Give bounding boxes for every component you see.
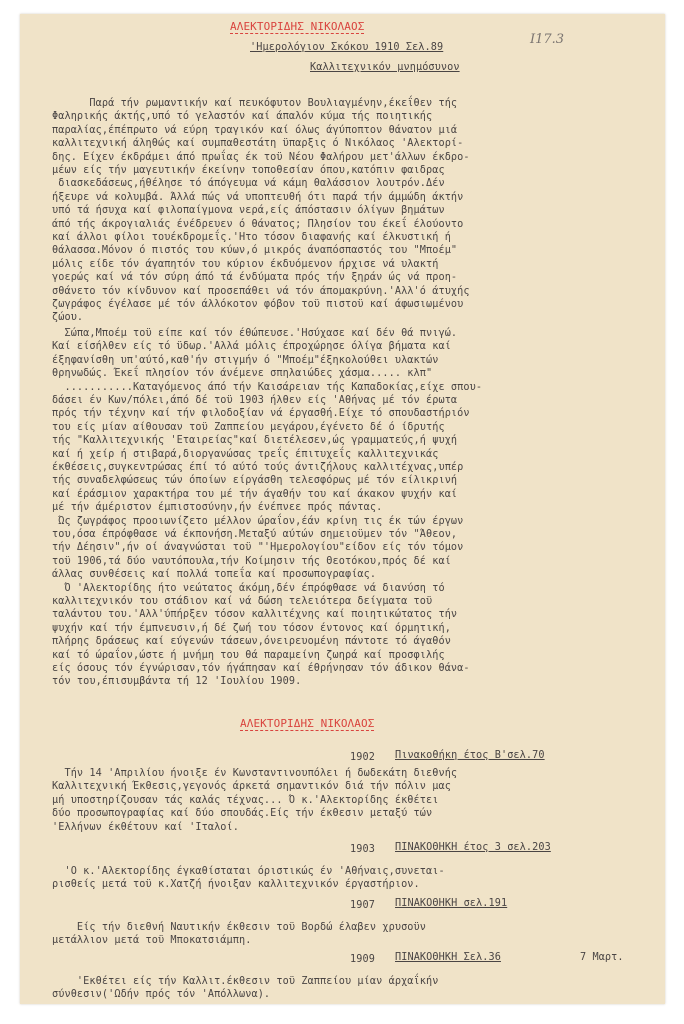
text-line: άπό τής άκρογιαλιάς ένέδρευεν ό θάνατος;… [52,219,463,230]
text-line: του είς μίαν αίθουσαν τοϋ Ζαππείου μεγάρ… [52,422,445,433]
entry-source: ΠΙΝΑΚΟΘΗΚΗ Σελ.36 [395,952,501,963]
text-line: Είς τήν διεθνή Ναυτικήν έκθεσιν τοϋ Βορδ… [52,922,426,933]
text-line: Καί είσήλθεν είς τό ϋδωρ.'Αλλά μόλις έπρ… [52,341,451,352]
title-heading: ΑΛΕΚΤΟΡΙΔΗΣ ΝΙΚΟΛΑΟΣ [230,20,364,34]
text-line: ψυχήν καί τήν έμπνευσιν,ή δέ ζωή του τόσ… [52,623,451,634]
text-line: 'Ο κ.'Αλεκτορίδης έγκαθίσταται όριστικώς… [52,866,445,877]
text-line: σθάνετο τόν κίνδυνον καί προσεπάθει νά τ… [52,286,470,297]
text-line: Φαληρικής άκτής,υπό τό γελαστόν καί άπαλ… [52,111,432,122]
text-line: τής συναδελφώσεως τών όποίων είργάσθη τε… [52,475,457,486]
text-line: τόν του,έπισυμβάντα τή 12 'Ιουλίου 1909. [52,676,301,687]
typewritten-page: Ι17.3 ΑΛΕΚΤΟΡΙΔΗΣ ΝΙΚΟΛΑΟΣ 'Ημερολόγιον … [20,14,665,1004]
entry-year: 1903 [350,844,375,855]
text-line: μέων είς τήν μαγευτικήν έκείνην τοποθεσί… [52,165,445,176]
text-line: Σώπα,Μποέμ τοϋ είπε καί τόν έθώπευσε.'Ησ… [52,328,457,339]
text-line: 'Ελλήνων έκθέτουν καί 'Ιταλοί. [52,822,239,833]
text-line: δάσει έν Κων/πόλει,άπό δέ τοϋ 1903 ήλθεν… [52,395,457,406]
text-line: τοϋ 1906,τά δύο ναυτόπουλα,τήν Κοίμησιν … [52,556,451,567]
text-line: δης. Είχεν έκδράμει άπό πρωΐας έκ τοϋ Νέ… [52,152,470,163]
text-line: ταλάντου του.'Αλλ'ύπήρξεν τόσον καλλιτέχ… [52,609,457,620]
entry-source: Πινακοθήκη έτος Β'σελ.70 [395,750,545,761]
text-line: έκθέσεις,συγκεντρώσας έπί τό αύτό τούς ά… [52,462,463,473]
source-citation: 'Ημερολόγιον Σκόκου 1910 Σελ.89 [250,42,443,53]
text-line: τήν Δέησιν",ήν οί άναγνώσται τοϋ "'Ημερο… [52,542,463,553]
text-line: καί τό ώραΐον,ώστε ή μνήμη του θά παραμε… [52,650,445,661]
text-line: καλλιτεχνικόν του στάδιον καί νά δώση τε… [52,596,432,607]
text-line: καί ή χείρ ή στιβαρά,διοργανώσας τρεΐς έ… [52,449,438,460]
handwritten-reference: Ι17.3 [530,32,564,47]
text-line: θάλασσα.Μόνον ό πιστός του κύων,ό μικρός… [52,245,457,256]
entry-date: 7 Μαρτ. [580,952,624,963]
text-line: Καλλιτεχνική Έκθεσις,γεγονός άρκετά σημα… [52,781,451,792]
text-line: δύο προσωπογραφίας καί δύο σπουδάς.Είς τ… [52,808,432,819]
text-line: ζωγράφος έγέλασε μέ τόν άλλόκοτον φόβον … [52,299,463,310]
text-line: 'Εκθέτει είς τήν Καλλιτ.έκθεσιν τοϋ Ζαππ… [52,976,438,987]
text-line: καλλιτεχνική άληθώς καί συμπαθεστάτη ϋπα… [52,138,463,149]
text-line: πλήρης δράσεως καί εύγενών τάσεων,όνειρε… [52,636,451,647]
text-line: θρηνωδώς. Έκεΐ πλησίον τόν άνέμενε σπηλα… [52,368,432,379]
section-heading: ΑΛΕΚΤΟΡΙΔΗΣ ΝΙΚΟΛΑΟΣ [240,717,374,731]
text-line: του,όσα έπρόφθασε νά έκπονήση.Μεταξύ αύτ… [52,529,457,540]
text-line: Παρά τήν ρωμαντικήν καί πευκόφυτον Βουλι… [52,98,457,109]
text-line: πρός τήν τέχνην καί τήν φιλοδοξίαν νά έρ… [52,408,470,419]
text-line: παραλίας,έπέπρωτο νά εύρη τραγικόν καί ό… [52,125,457,136]
entry-year: 1907 [350,900,375,911]
text-line: γοερώς καί νά τόν σύρη άπό τά ένδύματα π… [52,272,457,283]
text-line: μή υποστηρίζουσαν τάς καλάς τέχνας... Ό … [52,795,438,806]
text-line: Ό 'Αλεκτορίδης ήτο νεώτατος άκόμη,δέν έπ… [52,583,445,594]
entry-source: ΠΙΝΑΚΟΘΗΚΗ σελ.191 [395,898,507,909]
text-line: μέ τήν άμέριστον έμπιστοσύνην,ήν ένέπνεε… [52,502,382,513]
text-line: είς όσους τόν έγνώρισαν,τόν ήγάπησαν καί… [52,663,470,674]
text-line: υπό τά ήσυχα καί φιλοπαίγμονα νερά,είς ά… [52,205,445,216]
text-line: Τήν 14 'Απριλίου ήνοιξε έν Κωνσταντινουπ… [52,768,457,779]
text-line: ζώου. [52,312,83,323]
text-line: τής "Καλλιτεχνικής 'Εταιρείας"καί διετέλ… [52,435,457,446]
text-line: ήξευρε νά κολυμβά. Άλλά πώς νά υποπτευθή… [52,192,463,203]
text-line: ρισθείς μετά τοϋ κ.Χατζή ήνοιξαν καλλιτε… [52,879,420,890]
entry-source: ΠΙΝΑΚΟΘΗΚΗ έτος 3 σελ.203 [395,842,551,853]
text-line: μόλις είδε τόν άγαπητόν του κύριον έκδυό… [52,259,438,270]
text-line: άλλας συνθέσεις καί πολλά τοπεΐα καί προ… [52,569,376,580]
text-line: καί άλλοι φίλοι τουέκδρομεΐς.'Ητο τόσον … [52,232,451,243]
text-line: διασκεδάσεως,ήθέλησε τό άπόγευμα νά κάμη… [52,178,445,189]
entry-year: 1909 [350,954,375,965]
text-line: έξηφανίσθη υπ'αύτό,καθ'ήν στιγμήν ό "Μπο… [52,355,438,366]
text-line: σύνθεσιν('Ωδήν πρός τόν 'Απόλλωνα). [52,989,270,1000]
text-line: Ώς ζωγράφος προοιωνίζετο μέλλον ώραΐον,έ… [52,516,463,527]
article-subtitle: Καλλιτεχνικόν μνημόσυνον [310,62,460,73]
text-line: ...........Καταγόμενος άπό τήν Καισάρεια… [52,382,482,393]
text-line: μετάλλιον μετά τοϋ Μποκατσιάμπη. [52,935,251,946]
text-line: καί έράσμιον χαρακτήρα του μέ τήν άγαθήν… [52,489,457,500]
entry-year: 1902 [350,752,375,763]
